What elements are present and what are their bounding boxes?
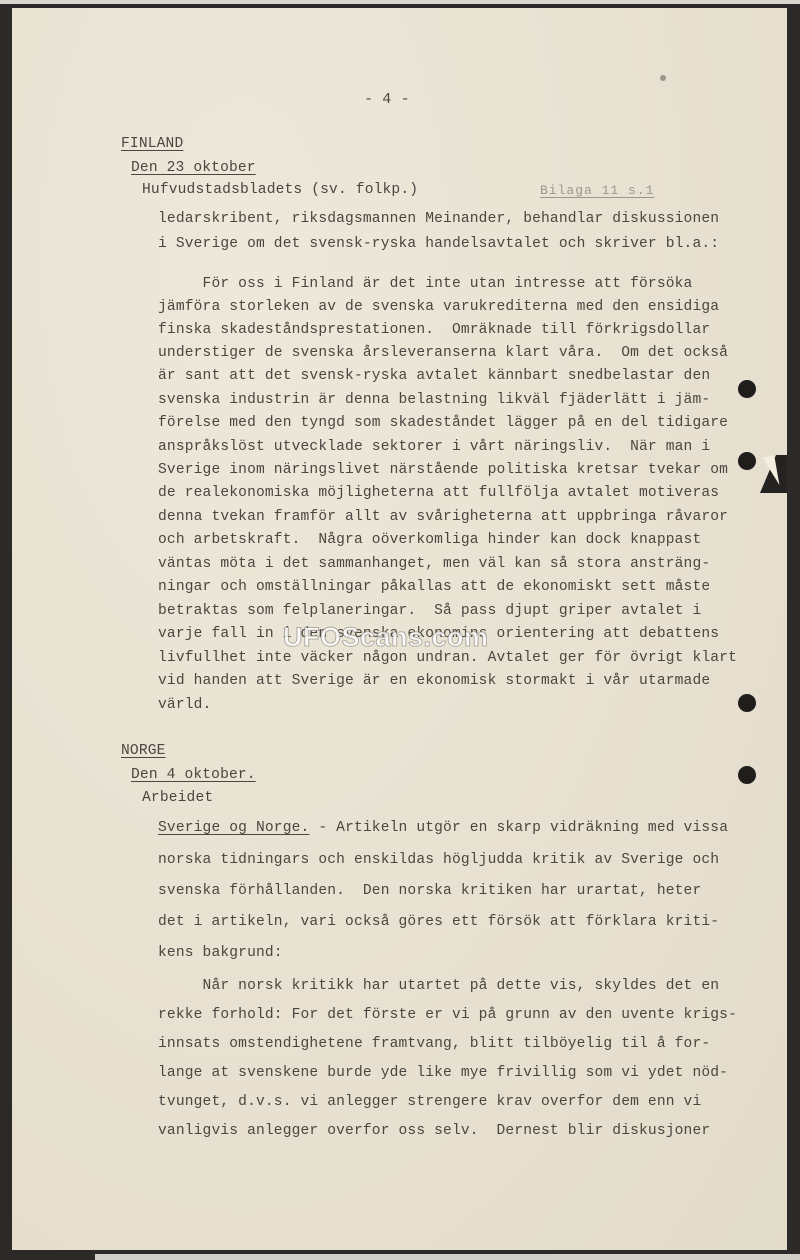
source-name-finland: Hufvudstadsbladets (sv. folkp.) — [142, 183, 418, 198]
archive-stamp: Bilaga 11 s.1 — [540, 184, 654, 197]
quote-line: rekke forhold: For det förste er vi på g… — [158, 1008, 737, 1023]
page-number: - 4 - — [364, 92, 410, 107]
punch-hole-1 — [738, 380, 756, 398]
quote-line: innsats omstendighetene framtvang, blitt… — [158, 1037, 710, 1052]
summary-line: norska tidningars och enskildas högljudd… — [158, 853, 719, 868]
quote-line: understiger de svenska årsleveranserna k… — [158, 346, 728, 361]
quote-line: finska skadeståndsprestationen. Omräknad… — [158, 323, 710, 338]
scan-top-strip — [0, 0, 800, 4]
quote-line: denna tvekan framför allt av svårigheter… — [158, 510, 728, 525]
ink-spot — [660, 75, 666, 81]
quote-line: jämföra storleken av de svenska varukred… — [158, 300, 719, 315]
quote-line: livfullhet inte väcker någon undran. Avt… — [158, 651, 737, 666]
article-title: Sverige og Norge. — [158, 820, 309, 836]
watermark: UFOScans.com — [283, 622, 489, 653]
section-date-finland: Den 23 oktober — [131, 161, 256, 176]
quote-line: lange at svenskene burde yde like mye fr… — [158, 1066, 728, 1081]
section-heading-norge: NORGE — [121, 744, 166, 759]
quote-line: vid handen att Sverige är en ekonomisk s… — [158, 674, 710, 689]
quote-line: väntas möta i det sammanhanget, men väl … — [158, 557, 710, 572]
quote-line: vanligvis anlegger overfor oss selv. Der… — [158, 1124, 710, 1139]
quote-line: förelse med den tyngd som skadeståndet l… — [158, 416, 728, 431]
intro-line: ledarskribent, riksdagsmannen Meinander,… — [158, 212, 719, 227]
summary-line: Sverige og Norge. - Artikeln utgör en sk… — [158, 821, 728, 836]
punch-hole-4 — [738, 766, 756, 784]
quote-line: ningar och omställningar påkallas att de… — [158, 580, 710, 595]
quote-line: Sverige inom näringslivet närstående pol… — [158, 463, 728, 478]
summary-line: det i artikeln, vari också göres ett för… — [158, 915, 719, 930]
scan-bottom-strip — [95, 1254, 800, 1260]
quote-line: anspråkslöst utvecklade sektorer i vårt … — [158, 440, 710, 455]
source-name-norge: Arbeidet — [142, 791, 213, 806]
intro-line: i Sverige om det svensk-ryska handelsavt… — [158, 237, 719, 252]
punch-hole-3 — [738, 694, 756, 712]
quote-line: betraktas som felplaneringar. Så pass dj… — [158, 604, 701, 619]
quote-line: Når norsk kritikk har utartet på dette v… — [158, 979, 719, 994]
summary-line: svenska förhållanden. Den norska kritike… — [158, 884, 701, 899]
section-heading-finland: FINLAND — [121, 137, 183, 152]
quote-line: svenska industrin är denna belastning li… — [158, 393, 710, 408]
quote-line: värld. — [158, 698, 211, 713]
summary-rest: - Artikeln utgör en skarp vidräkning med… — [309, 820, 728, 836]
quote-line: är sant att det svensk-ryska avtalet kän… — [158, 369, 710, 384]
section-date-norge: Den 4 oktober. — [131, 768, 256, 783]
quote-line: För oss i Finland är det inte utan intre… — [158, 277, 692, 292]
quote-line: och arbetskraft. Några oöverkomliga hind… — [158, 533, 701, 548]
summary-line: kens bakgrund: — [158, 946, 283, 961]
punch-hole-2 — [738, 452, 756, 470]
quote-line: tvunget, d.v.s. vi anlegger strengere kr… — [158, 1095, 701, 1110]
quote-line: de realekonomiska möjligheterna att full… — [158, 486, 719, 501]
